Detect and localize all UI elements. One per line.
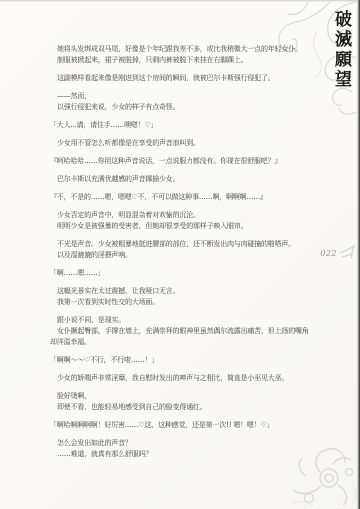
text-line: 「啊……嗯……」	[50, 268, 312, 279]
text-line: 『呵哈哈哈……你用这种声音说话，一点说服力都没有。你现在很舒服吧？』	[50, 156, 312, 167]
text-line: 少女否定的声音中，明显混杂着对欢愉的沉沦。	[50, 210, 312, 221]
text-line: 我第一次看到实时性交的大场面。	[50, 297, 312, 308]
text-line: 怎么会发出如此的声音？	[50, 438, 312, 449]
text-line: 制服被掀起来，裙子被脱掉，只剩内裤被脱下来挂在右脚踝上。	[50, 55, 312, 66]
text-line: 她将头发绑成双马尾，好像是个年纪跟我差不多，或比我稍微大一点的年轻女仆。	[50, 44, 312, 55]
leaf-arrow-ornament-icon	[338, 243, 356, 269]
text-line: 这副模样看起来像是刚进到这个房间的瞬间，就被巴尔卡斯强行侵犯了。	[50, 73, 312, 84]
text-line: 「啊啊～～♡不行，不行啦……！」	[50, 355, 312, 366]
text-line: 不光是声音。少女被粗暴地挺进腰部的部位，还不断发出肉与肉碰撞的啪嗒声。	[50, 239, 312, 250]
text-line: 这幅光景实在太过震撼，让我哑口无言。	[50, 286, 312, 297]
page-top-edge-shadow	[0, 0, 360, 2]
text-line: 即使不看，也能轻易地感受到自己的脸变得通红。	[50, 402, 312, 413]
text-line: ——然而，	[50, 91, 312, 102]
text-line: 少女用不管怎么听都像是在享受的声音浪叫到。	[50, 138, 312, 149]
text-block: 她将头发绑成双马尾，好像是个年纪跟我差不多，或比我稍微大一点的年轻女仆。制服被掀…	[50, 44, 312, 460]
text-line: 明明少女是被强暴的受害者，但她却很享受的那样子映入眼帘。	[50, 221, 312, 232]
text-line: 跟小说不同、是现实。	[50, 315, 312, 326]
text-line: 『不，不是的……嗯，嗯嗯♡不，不可以做这种事……啊，啊啊啊……』	[50, 192, 312, 203]
text-line: 「大人...请，请住手……噢嗯！♡」	[50, 120, 312, 131]
text-line: 「啊哈啊啊啊啊！好厉害……♡这、这种感觉，还是第一次!! 嗯！嗯！♡」	[50, 420, 312, 431]
text-line: ……难道，就真有那么舒服吗？	[50, 449, 312, 460]
book-page: 破滅願望 022 她将头发绑成双马尾，好像是个年纪跟我差不多，或比我稍微大一点的…	[0, 0, 360, 509]
text-line: 以及湿漉漉的淫猥声响。	[50, 250, 312, 261]
text-line: 却洋溢幸福。	[50, 337, 312, 348]
text-line: 巴尔卡斯以充满优越感的声音揶揄少女。	[50, 174, 312, 185]
novel-title-vertical: 破滅願望	[332, 10, 349, 90]
page-number: 022	[320, 249, 337, 258]
text-line: 少女的娇喘声非常淫靡，我自慰时发出的呻声与之相比，简直是小巫见大巫。	[50, 373, 312, 384]
text-line: 脸好烫啊，	[50, 391, 312, 402]
text-line: 以强行侵犯来说，少女的样子有点奇怪。	[50, 102, 312, 113]
text-line: 女仆撅起臀部，手撑在墙上，充满崇拜的眼神里虽然偶尔流露出痛苦，但上扬的嘴角	[50, 326, 312, 337]
